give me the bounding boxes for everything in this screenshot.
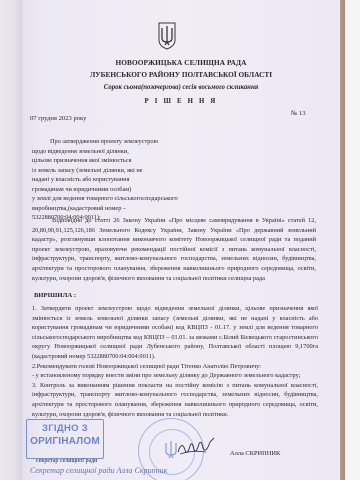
document-type: Р І Ш Е Н Н Я <box>22 98 340 105</box>
signature-icon <box>176 436 216 458</box>
subject-line: із земель запасу (земельні ділянки, які … <box>32 166 232 176</box>
resolved-heading: ВИРІШИЛА : <box>34 292 76 299</box>
decision-item: 1. Затвердити проект землеустрою щодо ві… <box>32 304 318 362</box>
subject-line: Про затвердження проекту землеустрою <box>32 137 232 147</box>
subject-line: у землі для ведення товарного сільського… <box>32 194 232 204</box>
council-name: НОВООРЖИЦЬКА СЕЛИЩНА РАДА <box>22 58 340 67</box>
subject-line: громадянам чи юридичними особам) <box>32 185 232 195</box>
subject-line: цільове призначення якої змінюється <box>32 156 232 166</box>
document-number: № 13 <box>291 110 306 117</box>
decision-item: 2.Рекомендувати голові Новооржицької сел… <box>32 362 318 372</box>
subject-line: надані у власність або користування <box>32 175 232 185</box>
stamp-line-2: ОРИГІНАЛОМ <box>27 436 103 447</box>
session-title: Сорок сьома(позачергова) сесія восьмого … <box>22 84 340 91</box>
subject-block: Про затвердження проекту землеустрою щод… <box>32 137 232 223</box>
decision-item: - у встановленому порядку внести зміни п… <box>32 371 318 381</box>
document-date: 07 грудня 2023 року <box>30 115 86 122</box>
preamble-paragraph: Відповідно до статті 26 Закону України «… <box>32 216 316 283</box>
scan-background <box>345 0 360 480</box>
subject-line: виробництва,(кадастровий номер – <box>32 204 232 214</box>
scan-left-margin <box>0 0 22 480</box>
district-name: ЛУБЕНСЬКОГО РАЙОНУ ПОЛТАВСЬКОЇ ОБЛАСТІ <box>22 70 340 79</box>
certified-copy-stamp: ЗГІДНО З ОРИГІНАЛОМ <box>26 419 104 459</box>
decision-item: 3. Контроль за виконанням рішення поклас… <box>32 381 318 419</box>
secretary-label: секретар селищної ради <box>36 458 97 464</box>
handwritten-note: Секретар селищної ради Алла Скрипник <box>30 466 167 475</box>
trident-coat-of-arms-icon <box>157 22 177 50</box>
subject-line: щодо відведення земельної ділянки, <box>32 147 232 157</box>
decision-list: 1. Затвердити проект землеустрою щодо ві… <box>32 304 318 419</box>
stamp-line-1: ЗГІДНО З <box>27 423 103 434</box>
signer-name: Алла СКРИПНИК <box>230 450 280 457</box>
